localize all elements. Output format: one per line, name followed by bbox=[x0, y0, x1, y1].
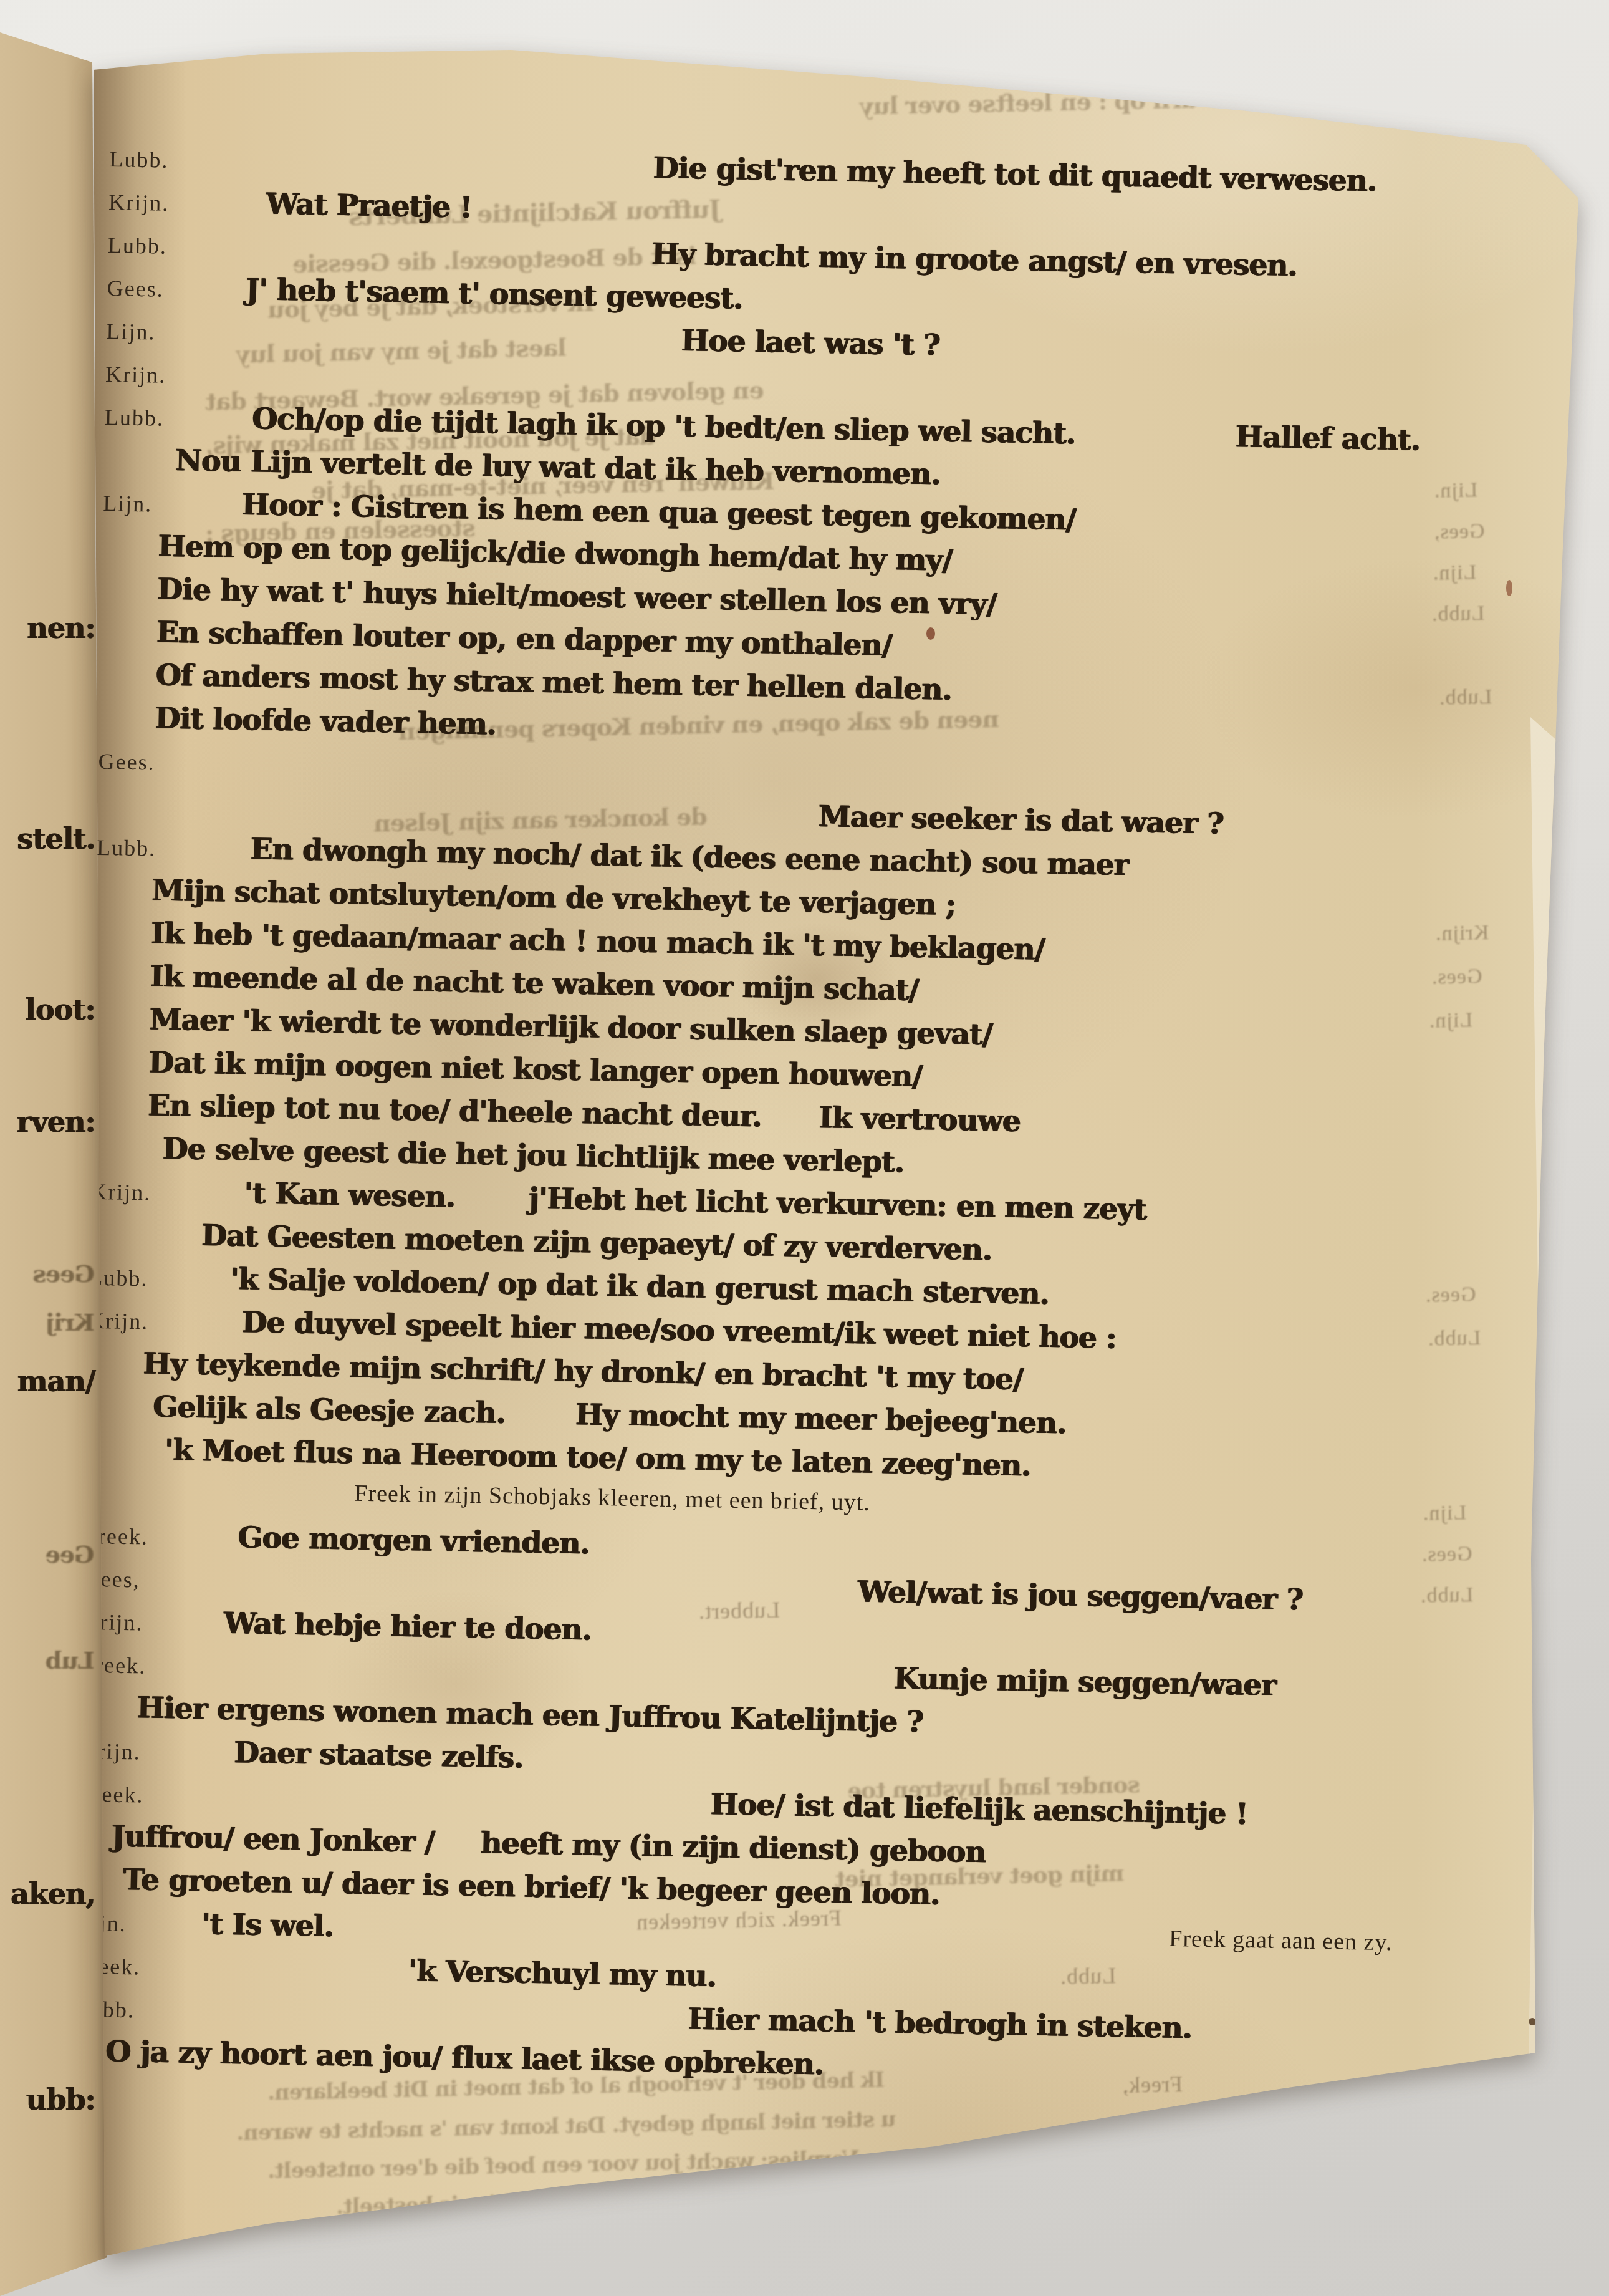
speaker-label: Krijn. bbox=[82, 1609, 143, 1636]
verse-text: Kunje mijn seggen/waer bbox=[893, 1662, 1276, 1703]
speaker-label: Gees, bbox=[83, 1566, 140, 1593]
speaker-label: Lubb. bbox=[108, 232, 168, 259]
bleedthrough-line: Gees, bbox=[1434, 519, 1485, 544]
bleedthrough-line: u stier niet langh gebeyt. Dat komt van … bbox=[237, 2107, 896, 2146]
bleedthrough-line: Binnen. bbox=[1172, 2143, 1243, 2168]
speaker-label: Lubb. bbox=[75, 1996, 135, 2023]
verse-text: Juffrou/ een Jonker / bbox=[111, 1820, 435, 1859]
photo-scene: nen:stelt.loot:rven:GeesKrijman/GeeLubak… bbox=[0, 0, 1609, 2296]
bleedthrough-line: Verplies: wacht jou voor een boef die d'… bbox=[268, 2146, 859, 2184]
verse-text: Maer seeker is dat waer ? bbox=[818, 799, 1224, 841]
speaker-label: Krijn. bbox=[105, 361, 166, 388]
verse-text-right: Hallef acht. bbox=[1235, 420, 1420, 457]
bleedthrough-line: Lubb. bbox=[1428, 1326, 1481, 1351]
text-block: Lubb.Die gist'ren my heeft tot dit quaed… bbox=[70, 141, 1441, 2123]
verse-text: Wat hebje hier te doen. bbox=[223, 1606, 592, 1647]
speaker-label: Freek. bbox=[76, 1953, 141, 1980]
verse-text: Gelijk als Geesje zach. bbox=[152, 1390, 506, 1430]
speaker-label: Krijn. bbox=[88, 1308, 149, 1335]
stage-direction-right: Freek gaat aan een zy. bbox=[1169, 1925, 1393, 1957]
verse-text: Hoe laet was 't ? bbox=[681, 324, 940, 363]
speaker-label: Freek. bbox=[82, 1652, 146, 1679]
speaker-label: Gees. bbox=[98, 748, 155, 776]
bleedthrough-line: Gees. bbox=[1425, 1283, 1476, 1308]
speaker-label: Freek. bbox=[79, 1781, 144, 1808]
verse-text: Goe morgen vrienden. bbox=[237, 1520, 589, 1561]
verse-text-continued: Ik vertrouwe bbox=[819, 1101, 1021, 1139]
verse-text: Daer staatse zelfs. bbox=[233, 1735, 523, 1775]
bleedthrough-line: T Y U bbox=[560, 2207, 632, 2240]
bleedthrough-line: bekent het bedrogh dat hier is besteelt. bbox=[337, 2185, 784, 2219]
bleedthrough-line: Lijn. bbox=[1423, 1501, 1467, 1525]
speaker-label: Krijn. bbox=[108, 189, 170, 216]
speaker-label: Krijn. bbox=[90, 1179, 151, 1206]
speaker-label: Lijn. bbox=[106, 318, 156, 345]
bleedthrough-line: Lubb. bbox=[1420, 1583, 1474, 1608]
bleedthrough-line: Krijn. bbox=[1435, 921, 1489, 946]
bleedthrough-line: Lubb. bbox=[1439, 685, 1492, 710]
speaker-label: Lubb. bbox=[97, 834, 156, 862]
bleedthrough-line: Lijn. bbox=[1429, 1008, 1473, 1033]
speaker-label: Lubb. bbox=[89, 1265, 148, 1292]
verse-text: Wel/wat is jou seggen/vaer ? bbox=[857, 1575, 1303, 1617]
bleedthrough-line: dril op : en leeftse over luy bbox=[860, 85, 1198, 120]
verse-text: 't Is wel. bbox=[201, 1907, 334, 1944]
verse-text: 'k Verschuyl my nu. bbox=[408, 1954, 716, 1994]
bleedthrough-line: Gees. bbox=[1431, 965, 1482, 990]
bleedthrough-line: Lijn. bbox=[1433, 561, 1477, 585]
verse-text: 't Kan wesen. bbox=[244, 1176, 456, 1214]
verse-text: Wat Praetje ! bbox=[266, 187, 472, 225]
speaker-label: Krijn. bbox=[80, 1738, 141, 1765]
speaker-label: Lubb. bbox=[109, 146, 169, 173]
speaker-label: Gees. bbox=[107, 275, 164, 302]
bleedthrough-line: Gees. bbox=[1421, 1542, 1472, 1567]
bleedthrough-line: Lijn. bbox=[1434, 478, 1478, 503]
speaker-label: Freek. bbox=[84, 1523, 149, 1550]
bleedthrough-line: Lubb. bbox=[1431, 602, 1485, 627]
book-page: dril op : en leeftse over luyJuffrou Kat… bbox=[0, 0, 1609, 2296]
speaker-label: Lubb. bbox=[104, 404, 164, 432]
speaker-label: Lijn. bbox=[103, 490, 153, 517]
catchword: Lubb. bbox=[1279, 2115, 1360, 2149]
book-page-wrap: dril op : en leeftse over luyJuffrou Kat… bbox=[0, 0, 1609, 2296]
speaker-label: Lijn. bbox=[77, 1910, 127, 1937]
verse-text: Dit loofde vader hem. bbox=[155, 702, 496, 742]
